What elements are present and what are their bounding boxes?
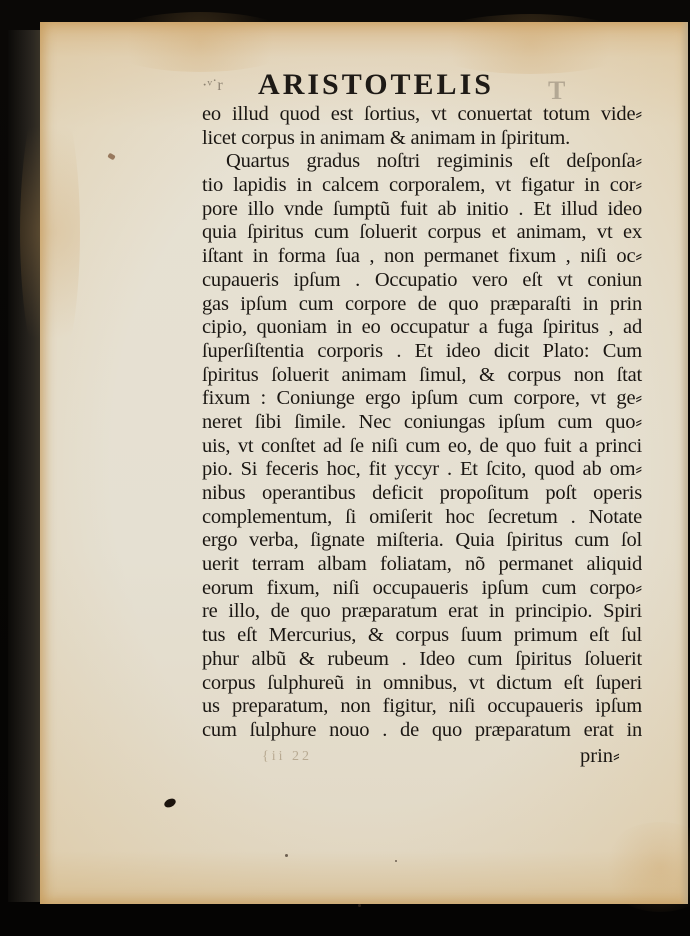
text-line: eorum fixum, niſi occupaueris ipſum cum … xyxy=(202,577,642,601)
paper-speck xyxy=(36,854,38,856)
text-line: cipio, quoniam in eo occupatur a fuga ſp… xyxy=(202,316,642,340)
paper-speck xyxy=(285,854,288,857)
text-block: eo illud quod est ſortius, vt conuertat … xyxy=(202,103,642,743)
paper-speck xyxy=(395,860,397,862)
text-line: ſpiritus ſoluerit animam ſimul, & corpus… xyxy=(202,364,642,388)
text-line: cum ſulphure nouo . de quo præparatum er… xyxy=(202,719,642,743)
text-line: phur albũ & rubeum . Ideo cum ſpiritus ſ… xyxy=(202,648,642,672)
text-line: tus eſt Mercurius, & corpus ſuum primum … xyxy=(202,624,642,648)
text-line: re illo, de quo præparatum erat in princ… xyxy=(202,600,642,624)
text-line: fixum : Coniunge ergo ipſum cum corpore,… xyxy=(202,387,642,411)
text-line: uerit terram albam foliatam, nõ permanet… xyxy=(202,553,642,577)
text-line: nibus operantibus deficit propoſitum poſ… xyxy=(202,482,642,506)
show-through-mark-right: T xyxy=(548,76,565,106)
text-line: iſtant in forma ſua , non permanet fixum… xyxy=(202,245,642,269)
running-head-title: ARISTOTELIS xyxy=(258,68,494,101)
text-line: pio. Si feceris hoc, fit yccyr . Et ſcit… xyxy=(202,458,642,482)
paragraph-start-line: Quartus gradus noſtri regiminis eſt deſp… xyxy=(202,150,642,174)
text-line: gas ipſum cum corpore de quo præparaſti … xyxy=(202,293,642,317)
book-page: ·ᵛ˙r ARISTOTELIS T eo illud quod est ſor… xyxy=(40,22,688,904)
foxing-stain xyxy=(20,82,80,382)
text-line: cupaueris ipſum . Occupatio vero eſt vt … xyxy=(202,269,642,293)
paper-speck xyxy=(358,904,361,907)
ink-blot xyxy=(163,797,177,809)
text-line: pore illo vnde ſumptũ fuit ab initio . E… xyxy=(202,198,642,222)
foxing-stain xyxy=(100,12,300,72)
text-line: uis, vt conſtet ad ſe niſi cum eo, de qu… xyxy=(202,435,642,459)
text-line: ergo verba, ſignate miſteria. Quia ſpiri… xyxy=(202,529,642,553)
text-line: neret ſibi ſimile. Nec coniungas ipſum c… xyxy=(202,411,642,435)
text-line: corpus ſulphureũ in omnibus, vt dictum e… xyxy=(202,672,642,696)
margin-mark xyxy=(107,153,116,161)
page-edge xyxy=(680,22,688,904)
text-line: eo illud quod est ſortius, vt conuertat … xyxy=(202,103,642,127)
foxing-stain xyxy=(420,14,640,74)
foxing-stain xyxy=(600,822,690,912)
text-line: ſuperſiſtentia corporis . Et ideo dicit … xyxy=(202,340,642,364)
text-line: complementum, ſi omiſerit hoc ſecretum .… xyxy=(202,506,642,530)
signature-mark: {ii 22 xyxy=(262,749,312,765)
text-line: quia ſpiritus cum ſoluerit corpus et ani… xyxy=(202,221,642,245)
text-line: tio lapidis in calcem corporalem, vt fig… xyxy=(202,174,642,198)
running-head: ARISTOTELIS xyxy=(40,68,688,102)
text-line: licet corpus in animam & animam in ſpiri… xyxy=(202,127,642,151)
catchword: prin⸗ xyxy=(580,745,620,768)
text-line: us preparatum, non figitur, niſi occupau… xyxy=(202,695,642,719)
